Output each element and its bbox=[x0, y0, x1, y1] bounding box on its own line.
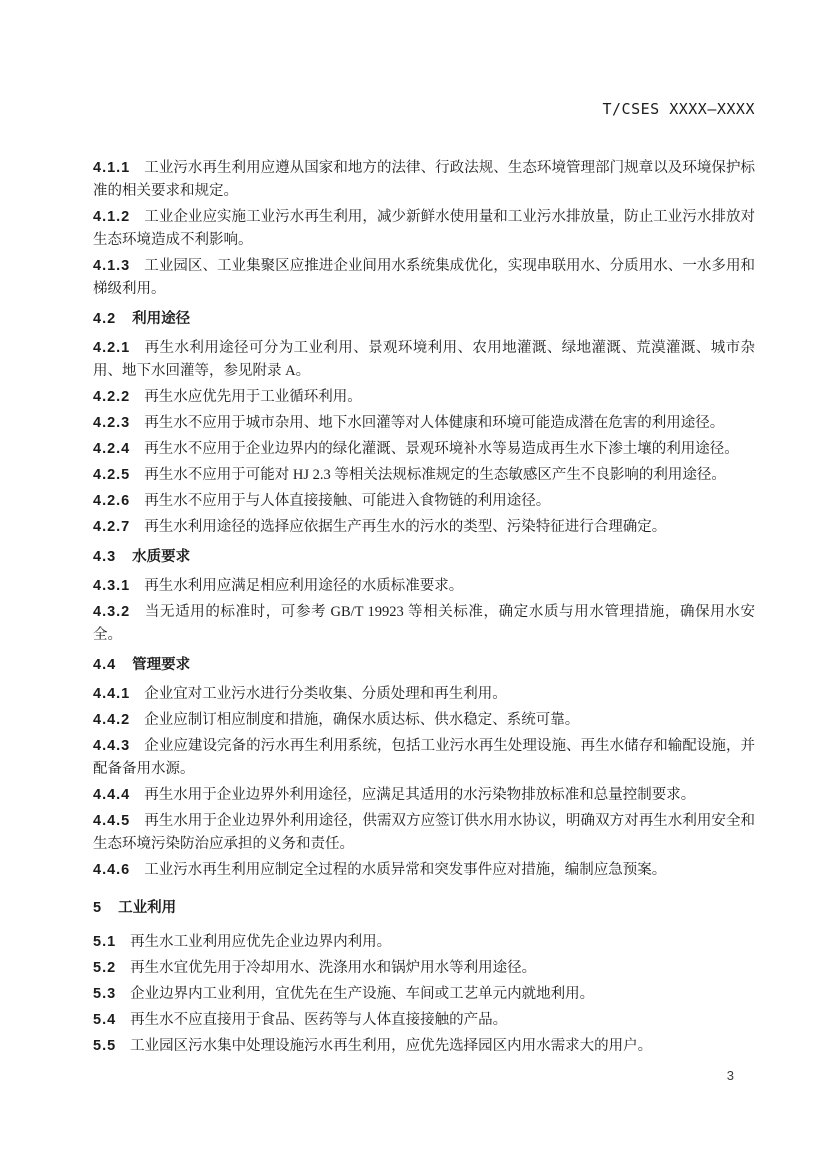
clause-number: 5.2 bbox=[93, 960, 116, 976]
heading-text: 管理要求 bbox=[132, 657, 190, 673]
clause-text: 企业宜对工业污水进行分类收集、分质处理和再生利用。 bbox=[144, 686, 507, 702]
heading-text: 工业利用 bbox=[118, 900, 176, 916]
clause-number: 4.4.3 bbox=[93, 738, 130, 754]
clause-5-4: 5.4再生水不应直接用于食品、医药等与人体直接接触的产品。 bbox=[93, 1009, 755, 1032]
clause-number: 4.2.6 bbox=[93, 493, 130, 509]
clause-4-3-2: 4.3.2当无适用的标准时，可参考 GB/T 19923 等相关标准，确定水质与… bbox=[93, 601, 755, 647]
clause-4-4-1: 4.4.1企业宜对工业污水进行分类收集、分质处理和再生利用。 bbox=[93, 683, 755, 706]
clause-number: 4.2.5 bbox=[93, 467, 130, 483]
clause-4-2-1: 4.2.1再生水利用途径可分为工业利用、景观环境利用、农用地灌溉、绿地灌溉、荒漠… bbox=[93, 337, 755, 383]
clause-4-4-3: 4.4.3企业应建设完备的污水再生利用系统，包括工业污水再生处理设施、再生水储存… bbox=[93, 735, 755, 781]
clause-number: 4.2.2 bbox=[93, 389, 130, 405]
clause-number: 4.2.7 bbox=[93, 519, 130, 535]
clause-4-4-5: 4.4.5再生水用于企业边界外利用途径，供需双方应签订供水用水协议，明确双方对再… bbox=[93, 810, 755, 856]
clause-text: 再生水宜优先用于冷却用水、洗涤用水和锅炉用水等利用途径。 bbox=[130, 960, 536, 976]
clause-text: 企业应建设完备的污水再生利用系统，包括工业污水再生处理设施、再生水储存和输配设施… bbox=[93, 738, 755, 777]
heading-number: 5 bbox=[93, 900, 102, 916]
clause-text: 工业园区污水集中处理设施污水再生利用，应优先选择园区内用水需求大的用户。 bbox=[130, 1038, 652, 1054]
section-heading-4-2: 4.2利用途径 bbox=[93, 308, 755, 331]
clause-number: 4.1.1 bbox=[93, 160, 130, 176]
clause-4-2-4: 4.2.4再生水不应用于企业边界内的绿化灌溉、景观环境补水等易造成再生水下渗土壤… bbox=[93, 438, 755, 461]
clause-number: 4.4.4 bbox=[93, 787, 130, 803]
clause-4-3-1: 4.3.1再生水利用应满足相应利用途径的水质标准要求。 bbox=[93, 575, 755, 598]
clause-text: 再生水不应用于企业边界内的绿化灌溉、景观环境补水等易造成再生水下渗土壤的利用途径… bbox=[144, 441, 739, 457]
clause-number: 4.2.3 bbox=[93, 415, 130, 431]
clause-text: 当无适用的标准时，可参考 GB/T 19923 等相关标准，确定水质与用水管理措… bbox=[93, 604, 755, 643]
section-heading-4-3: 4.3水质要求 bbox=[93, 546, 755, 569]
document-body: 4.1.1工业污水再生利用应遵从国家和地方的法律、行政法规、生态环境管理部门规章… bbox=[93, 157, 755, 1061]
clause-text: 企业应制订相应制度和措施，确保水质达标、供水稳定、系统可靠。 bbox=[144, 712, 579, 728]
clause-number: 4.4.2 bbox=[93, 712, 130, 728]
clause-text: 企业边界内工业利用，宜优先在生产设施、车间或工艺单元内就地利用。 bbox=[130, 986, 594, 1002]
clause-5-1: 5.1再生水工业利用应优先企业边界内利用。 bbox=[93, 931, 755, 954]
clause-text: 工业污水再生利用应遵从国家和地方的法律、行政法规、生态环境管理部门规章以及环境保… bbox=[93, 160, 755, 199]
clause-5-3: 5.3企业边界内工业利用，宜优先在生产设施、车间或工艺单元内就地利用。 bbox=[93, 983, 755, 1006]
clause-text: 再生水利用途径可分为工业利用、景观环境利用、农用地灌溉、绿地灌溉、荒漠灌溉、城市… bbox=[93, 340, 755, 379]
document-page: T/CSES XXXX—XXXX 4.1.1工业污水再生利用应遵从国家和地方的法… bbox=[0, 0, 826, 1169]
clause-text: 工业污水再生利用应制定全过程的水质异常和突发事件应对措施，编制应急预案。 bbox=[144, 862, 666, 878]
clause-4-4-2: 4.4.2企业应制订相应制度和措施，确保水质达标、供水稳定、系统可靠。 bbox=[93, 709, 755, 732]
clause-text: 再生水用于企业边界外利用途径，应满足其适用的水污染物排放标准和总量控制要求。 bbox=[144, 787, 695, 803]
heading-number: 4.4 bbox=[93, 657, 116, 673]
clause-number: 4.3.1 bbox=[93, 578, 130, 594]
page-number: 3 bbox=[727, 1068, 734, 1083]
clause-number: 4.2.4 bbox=[93, 441, 130, 457]
clause-number: 4.4.6 bbox=[93, 862, 130, 878]
clause-number: 4.4.5 bbox=[93, 813, 130, 829]
clause-4-2-5: 4.2.5再生水不应用于可能对 HJ 2.3 等相关法规标准规定的生态敏感区产生… bbox=[93, 464, 755, 487]
clause-text: 再生水应优先用于工业循环利用。 bbox=[144, 389, 362, 405]
clause-text: 再生水工业利用应优先企业边界内利用。 bbox=[130, 934, 391, 950]
clause-4-4-4: 4.4.4再生水用于企业边界外利用途径，应满足其适用的水污染物排放标准和总量控制… bbox=[93, 784, 755, 807]
clause-4-2-6: 4.2.6再生水不应用于与人体直接接触、可能进入食物链的利用途径。 bbox=[93, 490, 755, 513]
clause-4-1-1: 4.1.1工业污水再生利用应遵从国家和地方的法律、行政法规、生态环境管理部门规章… bbox=[93, 157, 755, 203]
clause-text: 再生水用于企业边界外利用途径，供需双方应签订供水用水协议，明确双方对再生水利用安… bbox=[93, 813, 755, 852]
clause-4-4-6: 4.4.6工业污水再生利用应制定全过程的水质异常和突发事件应对措施，编制应急预案… bbox=[93, 859, 755, 882]
section-heading-4-4: 4.4管理要求 bbox=[93, 654, 755, 677]
clause-4-2-3: 4.2.3再生水不应用于城市杂用、地下水回灌等对人体健康和环境可能造成潜在危害的… bbox=[93, 412, 755, 435]
clause-text: 工业企业应实施工业污水再生利用，减少新鲜水使用量和工业污水排放量，防止工业污水排… bbox=[93, 209, 755, 248]
clause-text: 再生水不应用于城市杂用、地下水回灌等对人体健康和环境可能造成潜在危害的利用途径。 bbox=[144, 415, 724, 431]
clause-4-1-2: 4.1.2工业企业应实施工业污水再生利用，减少新鲜水使用量和工业污水排放量，防止… bbox=[93, 206, 755, 252]
standard-number-header: T/CSES XXXX—XXXX bbox=[95, 100, 755, 118]
clause-text: 再生水不应用于可能对 HJ 2.3 等相关法规标准规定的生态敏感区产生不良影响的… bbox=[144, 467, 726, 483]
clause-5-5: 5.5工业园区污水集中处理设施污水再生利用，应优先选择园区内用水需求大的用户。 bbox=[93, 1035, 755, 1058]
heading-number: 4.2 bbox=[93, 311, 116, 327]
clause-number: 5.3 bbox=[93, 986, 116, 1002]
clause-number: 5.4 bbox=[93, 1012, 116, 1028]
clause-number: 5.5 bbox=[93, 1038, 116, 1054]
clause-4-2-2: 4.2.2再生水应优先用于工业循环利用。 bbox=[93, 386, 755, 409]
chapter-heading-5: 5工业利用 bbox=[93, 897, 755, 920]
clause-text: 再生水利用途径的选择应依据生产再生水的污水的类型、污染特征进行合理确定。 bbox=[144, 519, 666, 535]
clause-number: 4.4.1 bbox=[93, 686, 130, 702]
clause-number: 4.1.3 bbox=[93, 258, 130, 274]
clause-number: 4.1.2 bbox=[93, 209, 130, 225]
clause-text: 再生水利用应满足相应利用途径的水质标准要求。 bbox=[144, 578, 463, 594]
clause-number: 4.3.2 bbox=[93, 604, 130, 620]
clause-text: 再生水不应用于与人体直接接触、可能进入食物链的利用途径。 bbox=[144, 493, 550, 509]
clause-number: 4.2.1 bbox=[93, 340, 130, 356]
heading-number: 4.3 bbox=[93, 549, 116, 565]
heading-text: 水质要求 bbox=[132, 549, 190, 565]
clause-4-1-3: 4.1.3工业园区、工业集聚区应推进企业间用水系统集成优化，实现串联用水、分质用… bbox=[93, 255, 755, 301]
clause-5-2: 5.2再生水宜优先用于冷却用水、洗涤用水和锅炉用水等利用途径。 bbox=[93, 957, 755, 980]
clause-4-2-7: 4.2.7再生水利用途径的选择应依据生产再生水的污水的类型、污染特征进行合理确定… bbox=[93, 516, 755, 539]
clause-text: 工业园区、工业集聚区应推进企业间用水系统集成优化，实现串联用水、分质用水、一水多… bbox=[93, 258, 755, 297]
clause-text: 再生水不应直接用于食品、医药等与人体直接接触的产品。 bbox=[130, 1012, 507, 1028]
clause-number: 5.1 bbox=[93, 934, 116, 950]
heading-text: 利用途径 bbox=[132, 311, 190, 327]
